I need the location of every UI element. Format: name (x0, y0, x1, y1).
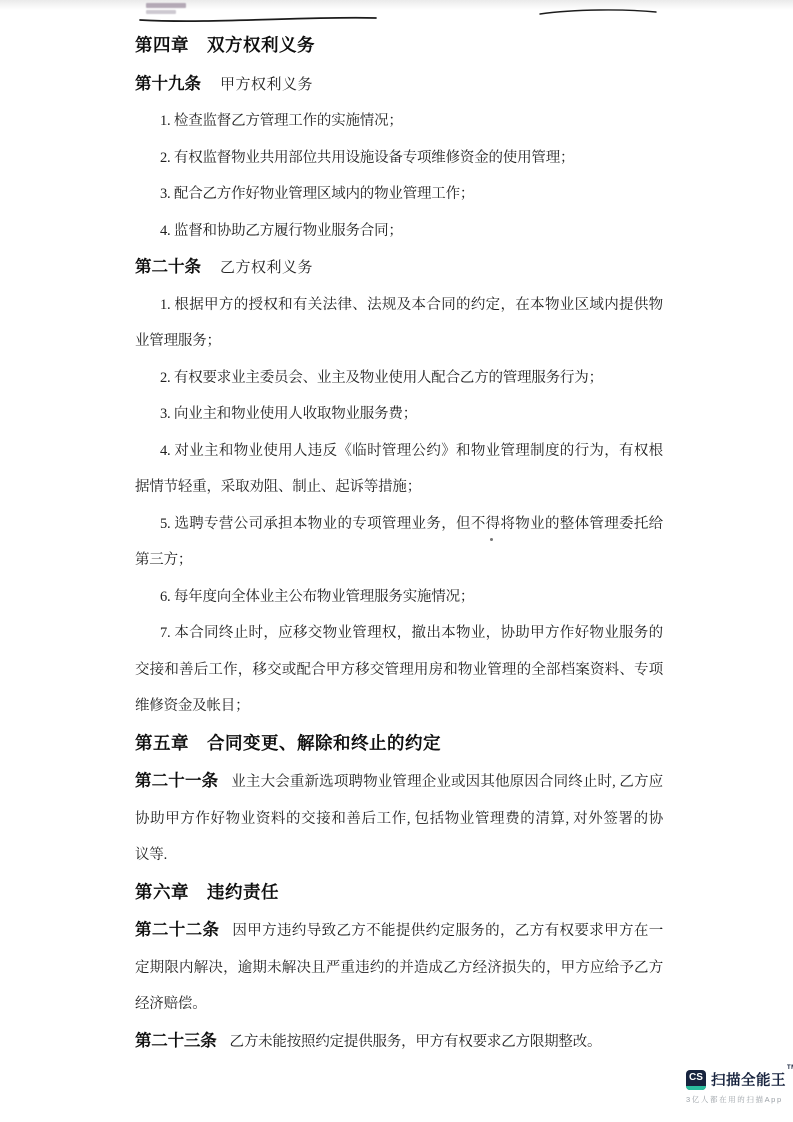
article-23-text: 乙方未能按照约定提供服务，甲方有权要求乙方限期整改。 (230, 1034, 602, 1050)
article-21-line-2: 协助甲方作好物业资料的交接和善后工作, 包括物业管理费的清算, 对外签署的协 (135, 801, 663, 838)
article-19-item-2: 2. 有权监督物业共用部位共用设施设备专项维修资金的使用管理； (135, 140, 663, 177)
chapter-5-heading: 第五章合同变更、解除和终止的约定 (135, 725, 663, 764)
article-20-item-3: 3. 向业主和物业使用人收取物业服务费； (135, 396, 663, 433)
chapter-4-title: 双方权利义务 (207, 35, 315, 55)
article-19-item-4: 4. 监督和协助乙方履行物业服务合同； (135, 213, 663, 250)
article-21-line-3: 议等. (135, 837, 663, 874)
article-22-line-3: 经济赔偿。 (135, 986, 663, 1023)
camscanner-watermark: CS 扫描全能王TM 3亿人都在用的扫描App (686, 1069, 786, 1105)
camscanner-logo-icon: CS (686, 1070, 706, 1090)
chapter-5-label: 第五章 (135, 733, 189, 753)
article-20-item-4-line-1: 4. 对业主和物业使用人违反《临时管理公约》和物业管理制度的行为，有权根 (135, 433, 663, 470)
article-20-item-2: 2. 有权要求业主委员会、业主及物业使用人配合乙方的管理服务行为； (135, 360, 663, 397)
camscanner-app-name: 扫描全能王TM (711, 1069, 793, 1090)
camscanner-icon-letters: CS (686, 1070, 706, 1086)
trademark-mark: TM (787, 1065, 793, 1071)
chapter-4-label: 第四章 (135, 35, 189, 55)
article-22-line-1: 第二十二条因甲方违约导致乙方不能提供约定服务的，乙方有权要求甲方在一 (135, 912, 663, 950)
article-21-line-1: 第二十一条业主大会重新选项聘物业管理企业或因其他原因合同终止时, 乙方应 (135, 763, 663, 801)
article-23-label: 第二十三条 (135, 1032, 217, 1050)
article-22-line-2: 定期限内解决，逾期未解决且严重违约的并造成乙方经济损失的，甲方应给予乙方 (135, 950, 663, 987)
article-19-title: 甲方权利义务 (220, 77, 313, 93)
article-20-item-1-line-1: 1. 根据甲方的授权和有关法律、法规及本合同的约定，在本物业区域内提供物 (135, 287, 663, 324)
camscanner-icon-teal-strip (686, 1086, 706, 1090)
article-20-item-7-line-2: 交接和善后工作，移交或配合甲方移交管理用房和物业管理的全部档案资料、专项 (135, 652, 663, 689)
article-20-item-5-line-2: 第三方； (135, 542, 663, 579)
scan-speck (490, 538, 493, 541)
article-19-heading: 第十九条甲方权利义务 (135, 66, 663, 104)
article-20-title: 乙方权利义务 (220, 260, 313, 276)
article-20-item-1-line-2: 业管理服务； (135, 323, 663, 360)
chapter-6-title: 违约责任 (207, 882, 279, 902)
chapter-6-label: 第六章 (135, 882, 189, 902)
article-21-label: 第二十一条 (135, 772, 218, 790)
article-20-item-7-line-3: 维修资金及帐目； (135, 688, 663, 725)
camscanner-tagline: 3亿人都在用的扫描App (686, 1094, 786, 1105)
article-20-item-4-line-2: 据情节轻重，采取劝阻、制止、起诉等措施； (135, 469, 663, 506)
article-23-line: 第二十三条乙方未能按照约定提供服务，甲方有权要求乙方限期整改。 (135, 1023, 663, 1061)
article-19-item-1: 1. 检查监督乙方管理工作的实施情况； (135, 103, 663, 140)
article-21-text-1: 业主大会重新选项聘物业管理企业或因其他原因合同终止时, 乙方应 (231, 774, 663, 790)
article-20-label: 第二十条 (135, 258, 201, 276)
article-20-item-5-line-1: 5. 选聘专营公司承担本物业的专项管理业务，但不得将物业的整体管理委托给 (135, 506, 663, 543)
article-20-item-7-line-1: 7. 本合同终止时，应移交物业管理权，撤出本物业，协助甲方作好物业服务的 (135, 615, 663, 652)
contract-text-body: 第四章双方权利义务 第十九条甲方权利义务 1. 检查监督乙方管理工作的实施情况；… (135, 27, 663, 1060)
article-20-item-6: 6. 每年度向全体业主公布物业管理服务实施情况； (135, 579, 663, 616)
scanned-document-page: { "header": { "stamp": { "appearance": "… (0, 0, 793, 1122)
chapter-4-heading: 第四章双方权利义务 (135, 27, 663, 66)
article-20-heading: 第二十条乙方权利义务 (135, 249, 663, 287)
chapter-5-title: 合同变更、解除和终止的约定 (207, 733, 441, 753)
article-22-text-1: 因甲方违约导致乙方不能提供约定服务的，乙方有权要求甲方在一 (232, 923, 663, 939)
article-19-item-3: 3. 配合乙方作好物业管理区域内的物业管理工作； (135, 176, 663, 213)
article-19-label: 第十九条 (135, 75, 201, 93)
article-22-label: 第二十二条 (135, 921, 219, 939)
chapter-6-heading: 第六章违约责任 (135, 874, 663, 913)
